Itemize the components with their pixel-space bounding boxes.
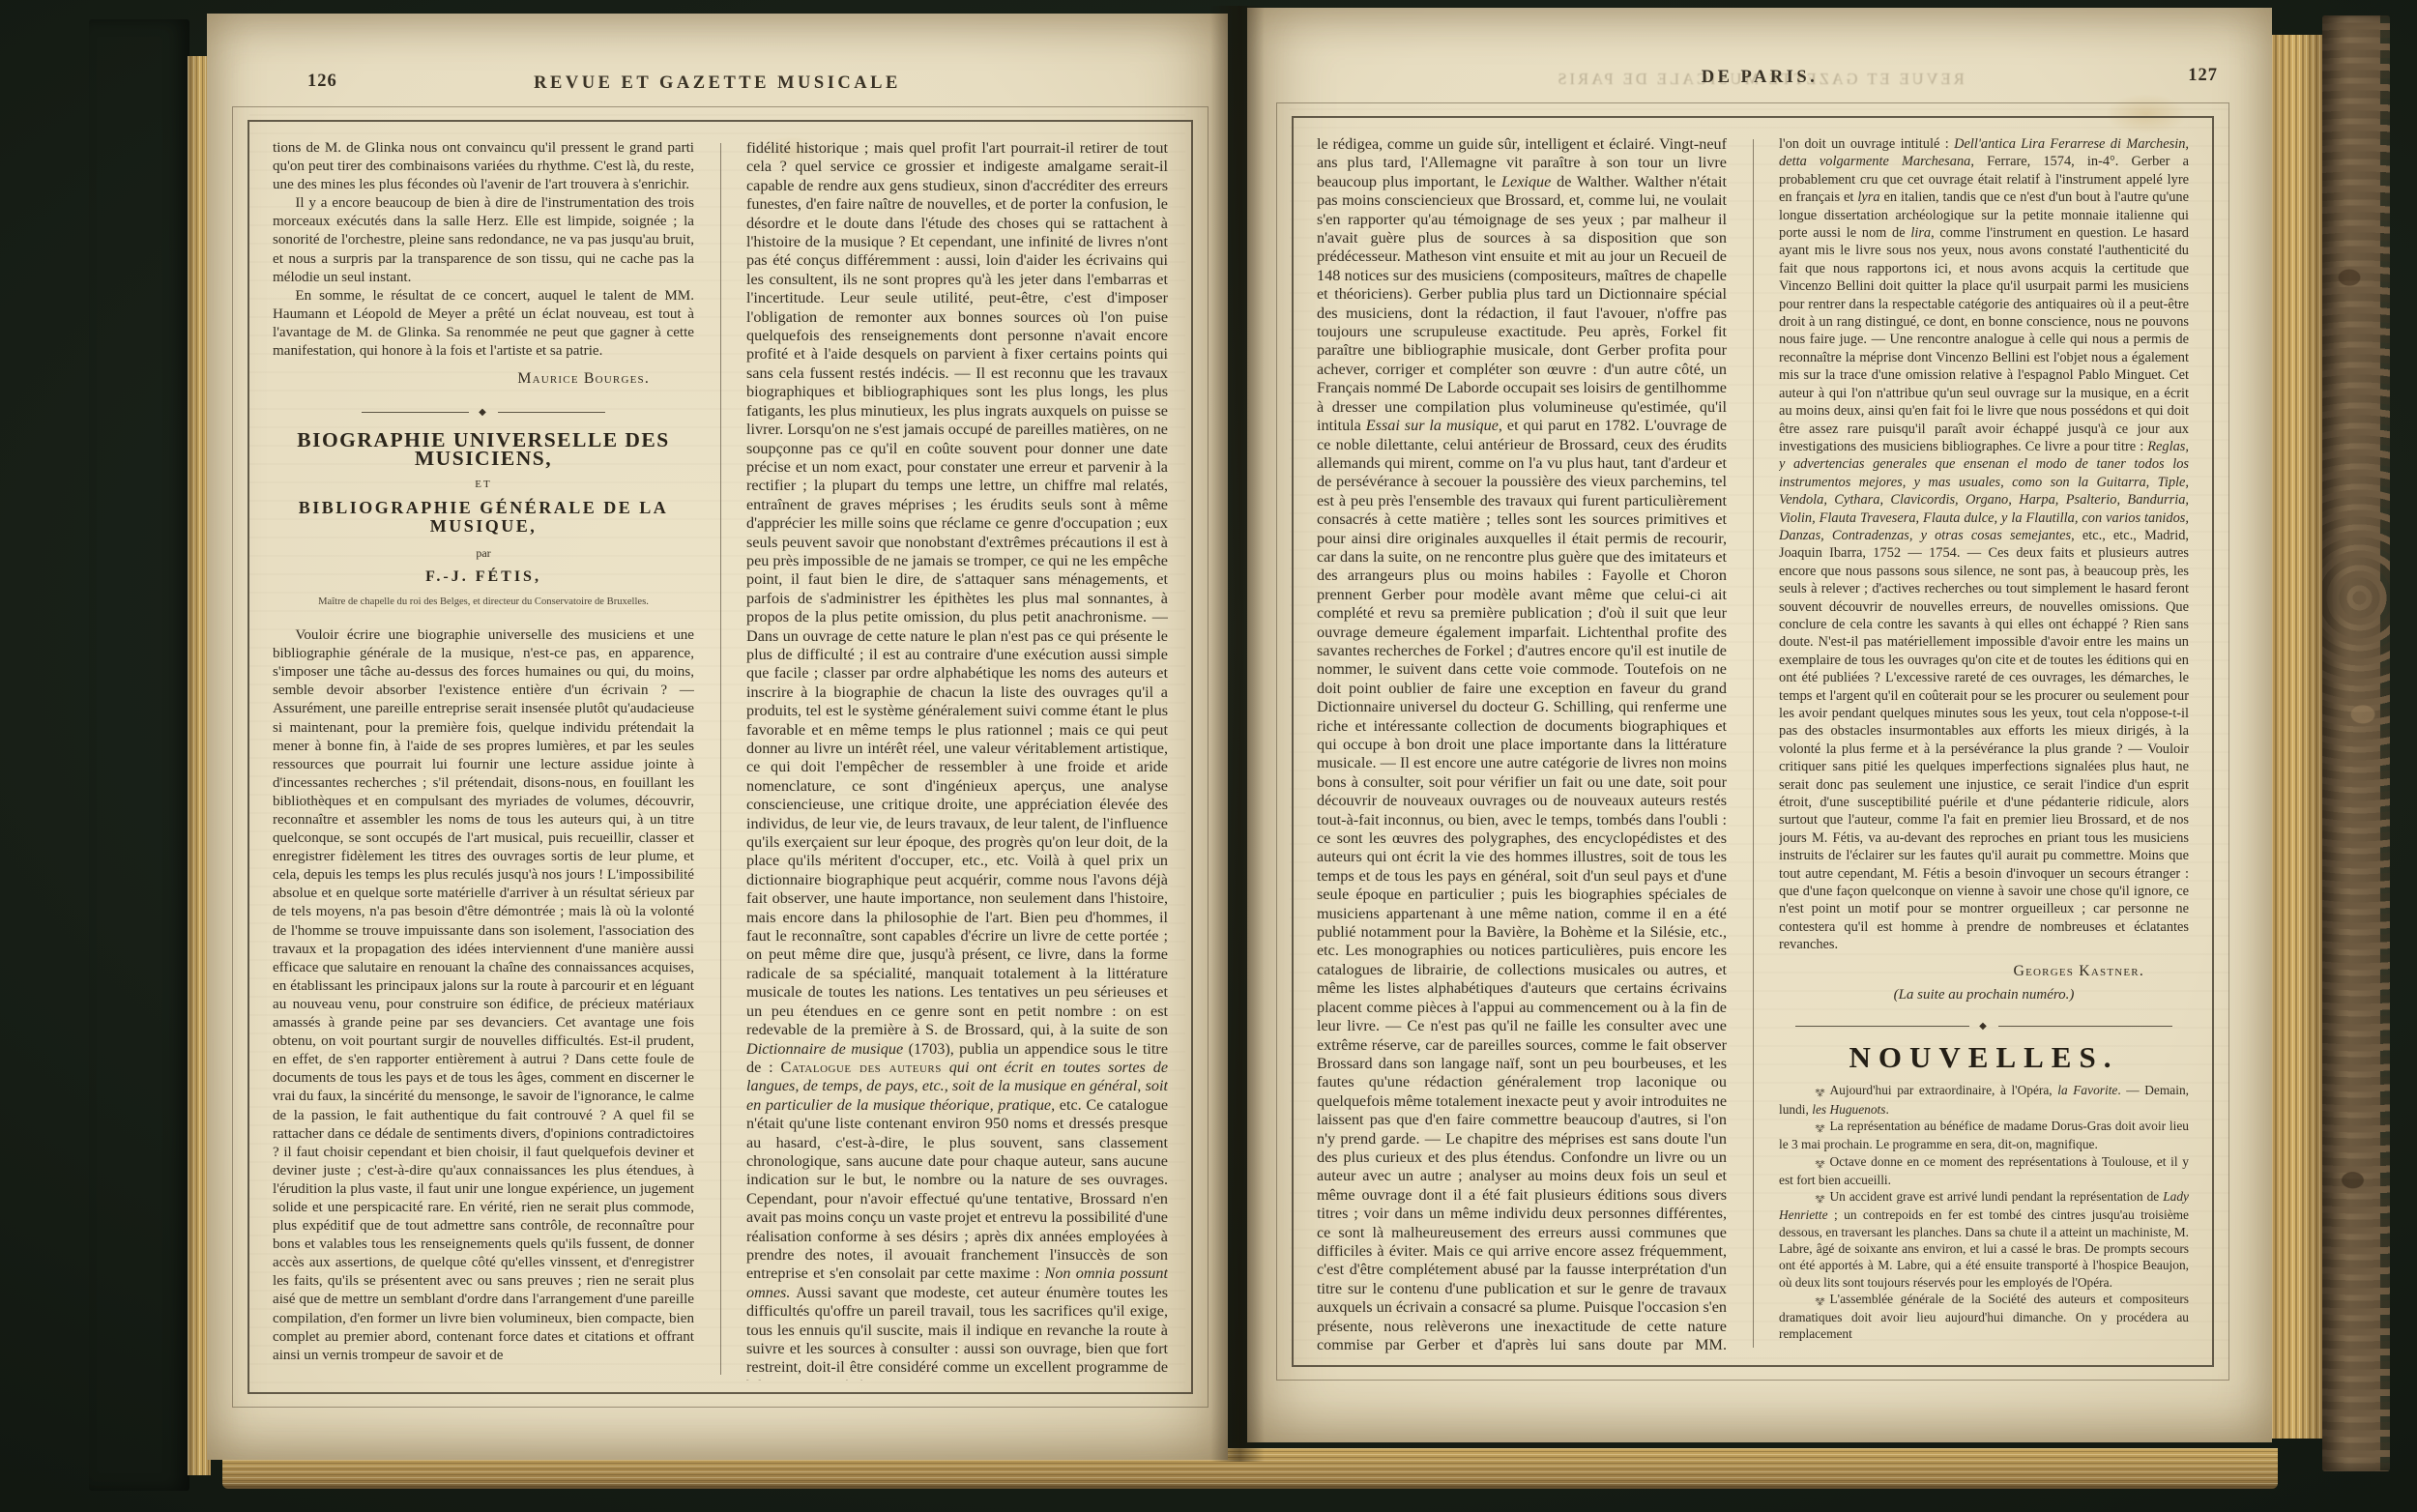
right-page: REVUE ET GAZETTE MUSICALE DE PARIS 127 D…	[1247, 8, 2272, 1442]
paragraph: ⁂Un accident grave est arrivé lundi pend…	[1779, 1188, 2189, 1291]
paragraph: ⁂La représentation au bénéfice de madame…	[1779, 1118, 2189, 1153]
concert-review-continuation: tions de M. de Glinka nous ont convaincu…	[273, 139, 694, 361]
article-byline-par: par	[273, 544, 694, 563]
article-title-connector: ET	[273, 476, 694, 494]
asterism-icon: ⁂	[1797, 1119, 1825, 1135]
right-page-column-1: le rédigea, comme un guide sûr, intellig…	[1317, 135, 1727, 1353]
article-author: F.-J. FÉTIS,	[273, 567, 694, 586]
asterism-icon: ⁂	[1797, 1189, 1825, 1206]
article-author-note: Maître de chapelle du roi des Belges, et…	[278, 593, 688, 611]
paragraph: Il y a encore beaucoup de bien à dire de…	[273, 194, 694, 286]
asterism-icon: ⁂	[1797, 1083, 1825, 1099]
left-page-column-2: fidélité historique ; mais quel profit l…	[746, 139, 1168, 1381]
section-divider: ◆	[362, 403, 606, 422]
book-cover-left-marbled	[89, 19, 189, 1491]
left-page: 126 REVUE ET GAZETTE MUSICALE tions de M…	[207, 14, 1228, 1460]
review-signature: Maurice Bourges.	[273, 369, 694, 388]
page-rule-frame-inner: tions de M. de Glinka nous ont convaincu…	[248, 120, 1193, 1394]
nouvelles-items: ⁂Aujourd'hui par extraordinaire, à l'Opé…	[1779, 1082, 2189, 1342]
article-text-col4: l'on doit un ouvrage intitulé : Dell'ant…	[1779, 135, 2189, 954]
asterism-icon: ⁂	[1797, 1292, 1825, 1308]
paragraph: En somme, le résultat de ce concert, auq…	[273, 287, 694, 361]
page-edges-right-gilt	[2272, 35, 2324, 1439]
section-divider: ◆	[1795, 1018, 2172, 1035]
continuation-note: (La suite au prochain numéro.)	[1779, 986, 2189, 1003]
paragraph: ⁂Aujourd'hui par extraordinaire, à l'Opé…	[1779, 1082, 2189, 1118]
book-cover-right-marbled	[2322, 15, 2390, 1471]
paragraph: tions de M. de Glinka nous ont convaincu…	[273, 139, 694, 194]
paragraph: ⁂L'assemblée générale de la Société des …	[1779, 1291, 2189, 1343]
article-text-col1: Vouloir écrire une biographie universell…	[273, 626, 694, 1365]
article-signature: Georges Kastner.	[1779, 963, 2189, 980]
article-text-col2: fidélité historique ; mais quel profit l…	[746, 139, 1168, 1381]
page-rule-frame: tions de M. de Glinka nous ont convaincu…	[232, 106, 1208, 1408]
divider-ornament-icon: ◆	[1979, 1018, 1989, 1035]
asterism-icon: ⁂	[1797, 1154, 1825, 1171]
page-rule-frame-inner: le rédigea, comme un guide sûr, intellig…	[1292, 116, 2214, 1367]
right-page-column-2: l'on doit un ouvrage intitulé : Dell'ant…	[1779, 135, 2189, 1353]
left-page-column-1: tions de M. de Glinka nous ont convaincu…	[273, 139, 694, 1381]
article-text-col3: le rédigea, comme un guide sûr, intellig…	[1317, 135, 1727, 1353]
divider-ornament-icon: ◆	[479, 403, 488, 422]
running-title-right: DE PARIS.	[1247, 68, 2272, 88]
running-title-left: REVUE ET GAZETTE MUSICALE	[207, 73, 1228, 94]
nouvelles-heading: NOUVELLES.	[1779, 1049, 2189, 1066]
photograph-backdrop: 126 REVUE ET GAZETTE MUSICALE tions de M…	[0, 0, 2417, 1512]
paragraph: ⁂Octave donne en ce moment des représent…	[1779, 1153, 2189, 1189]
article-subtitle: BIBLIOGRAPHIE GÉNÉRALE DE LA MUSIQUE,	[273, 499, 694, 536]
article-title: BIOGRAPHIE UNIVERSELLE DES MUSICIENS,	[273, 431, 694, 468]
page-rule-frame: le rédigea, comme un guide sûr, intellig…	[1276, 102, 2229, 1381]
